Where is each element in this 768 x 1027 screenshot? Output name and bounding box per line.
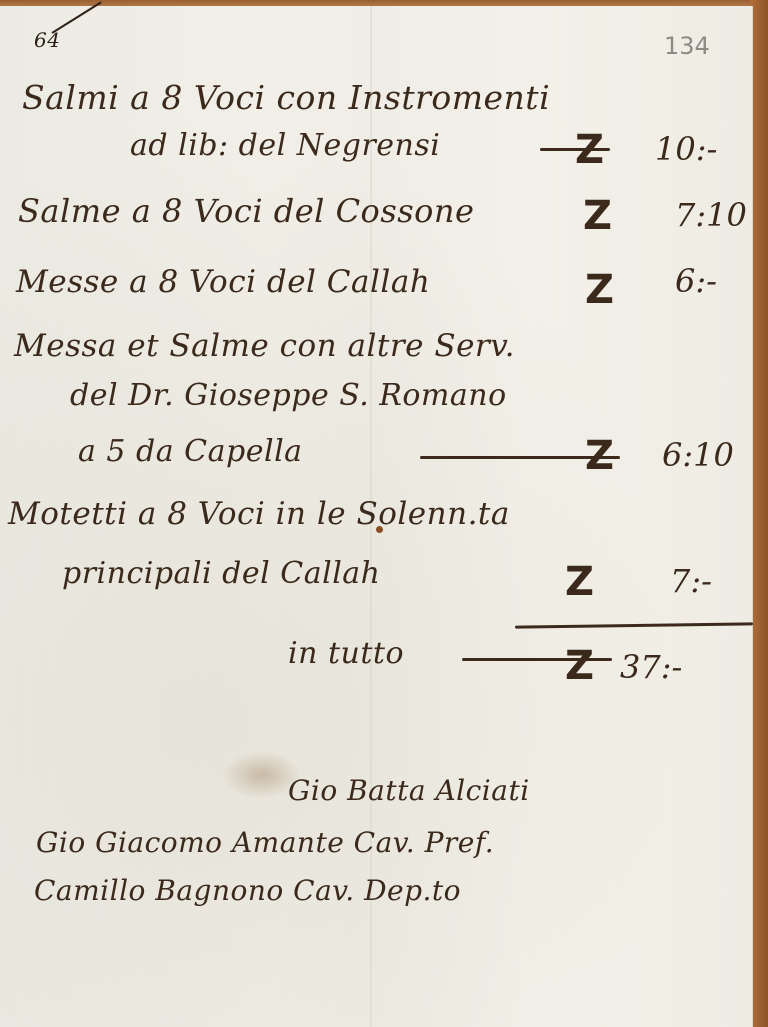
- signature-3: Camillo Bagnono Cav. Dep.to: [34, 874, 461, 907]
- signature-2: Gio Giacomo Amante Cav. Pref.: [36, 826, 494, 859]
- entry-1-amount: 10:-: [655, 130, 717, 168]
- folio-number-pencil: 134: [664, 32, 710, 60]
- entry-2-z-mark: Z: [583, 196, 612, 236]
- sum-rule-line: [515, 622, 753, 628]
- entry-4-line-2: del Dr. Gioseppe S. Romano: [70, 378, 507, 413]
- total-amount: 37:-: [620, 648, 682, 686]
- folio-slash-mark: [51, 1, 101, 33]
- entry-1-line-1: Salmi a 8 Voci con Instromenti: [22, 78, 550, 117]
- manuscript-page: 64 134 Salmi a 8 Voci con Instromenti ad…: [0, 6, 753, 1027]
- signature-1: Gio Batta Alciati: [288, 774, 530, 807]
- entry-3-line-1: Messe a 8 Voci del Callah: [16, 264, 430, 300]
- entry-4-line-3: a 5 da Capella: [78, 434, 303, 469]
- folio-number-ink: 64: [34, 28, 60, 52]
- total-z-mark: Z: [565, 646, 594, 686]
- entry-5-amount: 7:-: [670, 562, 712, 600]
- entry-4-amount: 6:10: [662, 436, 734, 474]
- entry-3-amount: 6:-: [675, 262, 717, 300]
- entry-3-z-mark: Z: [585, 270, 614, 310]
- entry-5-z-mark: Z: [565, 562, 594, 602]
- entry-5-line-2: principali del Callah: [62, 556, 381, 591]
- entry-4-z-mark: Z: [585, 436, 614, 476]
- entry-5-line-1: Motetti a 8 Voci in le Solenn.ta: [8, 496, 510, 532]
- entry-4-line-1: Messa et Salme con altre Serv.: [14, 328, 515, 364]
- entry-1-line-2: ad lib: del Negrensi: [130, 128, 440, 163]
- entry-2-amount: 7:10: [675, 196, 747, 234]
- entry-2-line-1: Salme a 8 Voci del Cossone: [18, 192, 474, 230]
- total-label: in tutto: [288, 636, 404, 671]
- entry-1-z-mark: Z: [575, 130, 604, 170]
